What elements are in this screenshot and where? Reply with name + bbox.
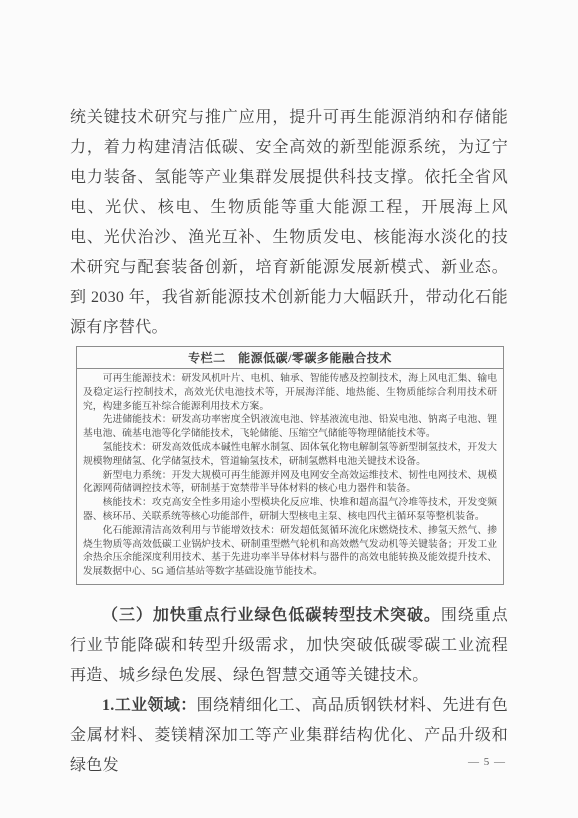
document-page: 统关键技术研究与推广应用，提升可再生能源消纳和存储能力，着力构建清洁低碳、安全高… bbox=[0, 0, 578, 818]
box-paragraph-nuclear: 核能技术：攻克高安全性多用途小型模块化反应堆、快堆和超高温气冷堆等技术，开发变频… bbox=[83, 496, 497, 524]
column-box-title: 专栏二 能源低碳/零碳多能融合技术 bbox=[77, 347, 503, 369]
section-3-heading: （三）加快重点行业绿色低碳转型技术突破。 bbox=[102, 607, 441, 624]
page-number: — 5 — bbox=[468, 756, 506, 768]
document-content: 统关键技术研究与推广应用，提升可再生能源消纳和存储能力，着力构建清洁低碳、安全高… bbox=[70, 103, 508, 781]
box-paragraph-fossil-energy: 化石能源清洁高效利用与节能增效技术：研发超低氮循环流化床燃烧技术、掺氢天然气、掺… bbox=[83, 524, 497, 579]
section-3-paragraph: （三）加快重点行业绿色低碳转型技术突破。围绕重点行业节能降碳和转型升级需求，加快… bbox=[70, 601, 508, 691]
column-box-body: 可再生能源技术：研发风机叶片、电机、轴承、智能传感及控制技术，海上风电汇集、输电… bbox=[77, 369, 503, 584]
continuation-paragraph: 统关键技术研究与推广应用，提升可再生能源消纳和存储能力，着力构建清洁低碳、安全高… bbox=[70, 103, 508, 343]
item-1-heading: 1.工业领域： bbox=[102, 697, 197, 714]
box-paragraph-storage: 先进储能技术：研发高功率密度全钒液流电池、锌基液流电池、铅炭电池、钠离子电池、锂… bbox=[83, 413, 497, 441]
item-1-paragraph: 1.工业领域：围绕精细化工、高品质钢铁材料、先进有色金属材料、菱镁精深加工等产业… bbox=[70, 691, 508, 781]
box-paragraph-power-system: 新型电力系统：开发大规模可再生能源并网及电网安全高效运维技术、韧性电网技术、规模… bbox=[83, 469, 497, 497]
box-paragraph-hydrogen: 氢能技术：研发高效低成本碱性电解水制氢、固体氧化物电解制氢等新型制氢技术，开发大… bbox=[83, 441, 497, 469]
column-box: 专栏二 能源低碳/零碳多能融合技术 可再生能源技术：研发风机叶片、电机、轴承、智… bbox=[76, 346, 504, 585]
box-paragraph-renewables: 可再生能源技术：研发风机叶片、电机、轴承、智能传感及控制技术，海上风电汇集、输电… bbox=[83, 372, 497, 413]
